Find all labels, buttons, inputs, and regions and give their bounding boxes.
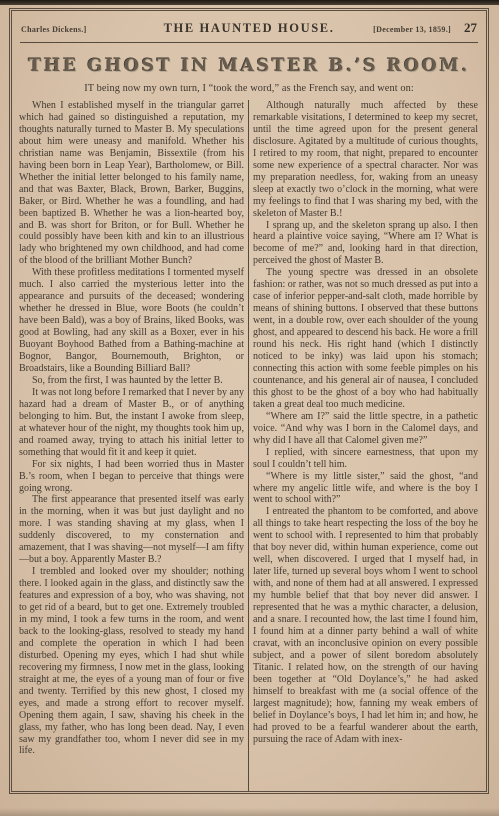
paragraph: Although naturally much affected by thes… xyxy=(253,100,478,220)
journal-title: THE HAUNTED HOUSE. xyxy=(164,21,335,36)
page-header: Charles Dickens.] THE HAUNTED HOUSE. [De… xyxy=(19,17,479,37)
paragraph: When I established myself in the triangu… xyxy=(19,100,244,267)
paragraph: I entreated the phantom to be comforted,… xyxy=(253,506,478,745)
page-frame-inner: Charles Dickens.] THE HAUNTED HOUSE. [De… xyxy=(11,10,487,792)
page-frame-outer: Charles Dickens.] THE HAUNTED HOUSE. [De… xyxy=(9,8,489,794)
paragraph: So, from the first, I was haunted by the… xyxy=(19,375,244,387)
paragraph: With these profitless meditations I torm… xyxy=(19,267,244,375)
paragraph: “Where is my little sister,” said the gh… xyxy=(253,471,478,507)
header-rule xyxy=(20,42,478,43)
text-column-left: When I established myself in the triangu… xyxy=(19,100,244,792)
paragraph: I trembled and looked over my shoulder; … xyxy=(19,566,244,757)
text-columns: When I established myself in the triangu… xyxy=(19,100,479,792)
paragraph: I sprang up, and the skeleton sprang up … xyxy=(253,220,478,268)
paragraph: For six nights, I had been worried thus … xyxy=(19,459,244,495)
paragraph: The first appearance that presented itse… xyxy=(19,494,244,566)
column-divider xyxy=(248,100,249,792)
author-credit: Charles Dickens.] xyxy=(21,25,164,34)
text-column-right: Although naturally much affected by thes… xyxy=(253,100,478,792)
article-intro: IT being now my own turn, I “took the wo… xyxy=(19,83,479,94)
paragraph: “Where am I?” said the little spectre, i… xyxy=(253,411,478,447)
page-content: Charles Dickens.] THE HAUNTED HOUSE. [De… xyxy=(12,11,486,791)
article-title: THE GHOST IN MASTER B.’S ROOM. xyxy=(19,56,479,76)
paper-page: Charles Dickens.] THE HAUNTED HOUSE. [De… xyxy=(0,0,499,816)
issue-date: [December 13, 1859.] xyxy=(373,25,451,34)
paragraph: It was not long before I remarked that I… xyxy=(19,387,244,459)
scanned-page: Charles Dickens.] THE HAUNTED HOUSE. [De… xyxy=(0,0,499,816)
header-right: [December 13, 1859.] 27 xyxy=(334,19,477,37)
paragraph: The young spectre was dressed in an obso… xyxy=(253,267,478,410)
page-number: 27 xyxy=(464,20,477,35)
scan-top-edge xyxy=(0,0,499,5)
paragraph: I replied, with sincere earnestness, tha… xyxy=(253,447,478,471)
